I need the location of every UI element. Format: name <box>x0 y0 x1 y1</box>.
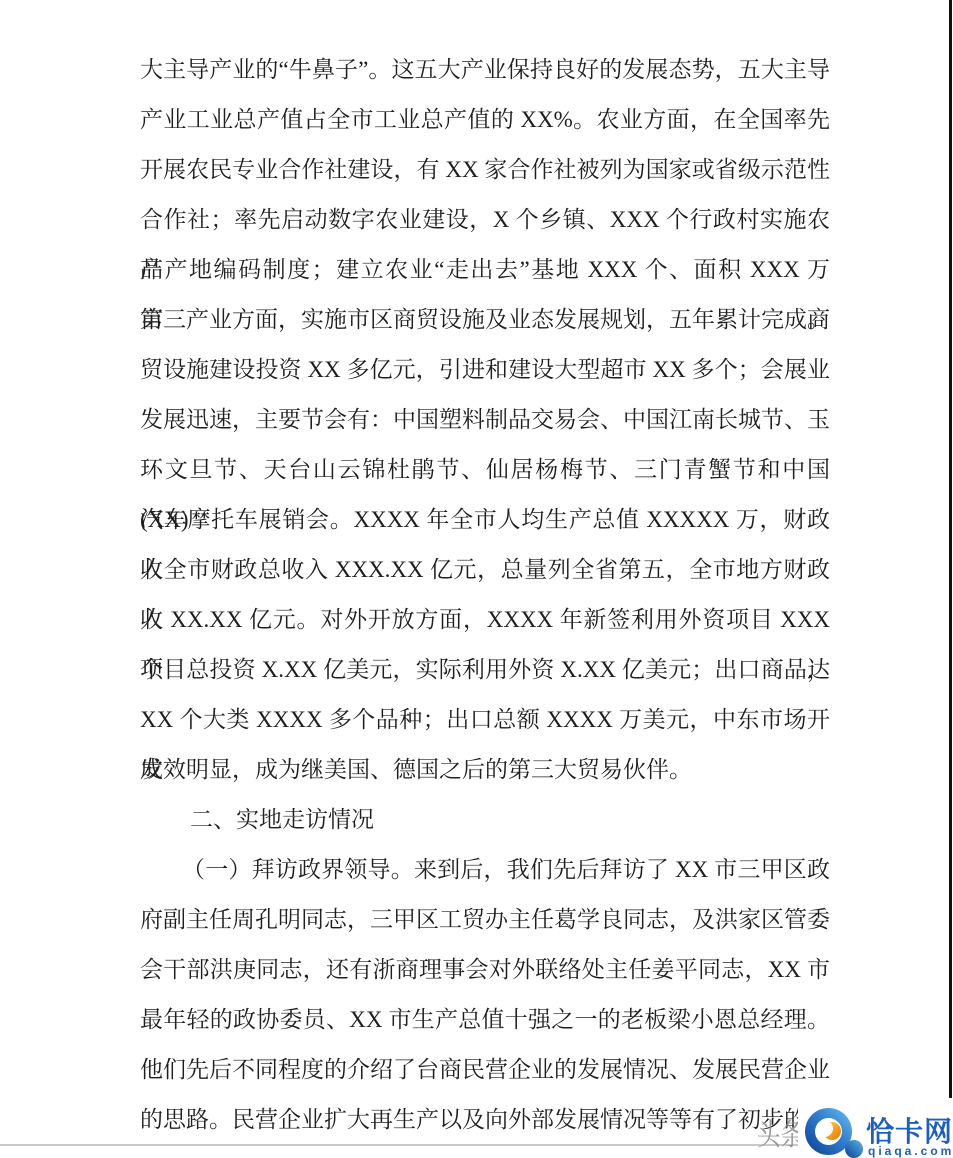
qiaqa-q-inner-circle <box>815 1118 842 1145</box>
document-line: 合作社；率先启动数字农业建设，X 个乡镇、XXX 个行政村实施农产 <box>140 195 830 245</box>
document-line: 第三产业方面，实施市区商贸设施及业态发展规划，五年累计完成商 <box>140 295 830 345</box>
document-line: 他们先后不同程度的介绍了台商民营企业的发展情况、发展民营企业 <box>140 1045 830 1095</box>
page-edge-line <box>949 0 952 1103</box>
document-line: 品产地编码制度；建立农业“走出去”基地 XXX 个、面积 XXX 万亩。 <box>140 245 830 295</box>
document-text-block: 大主导产业的“牛鼻子”。这五大产业保持良好的发展态势，五大主导产业工业总产值占全… <box>140 45 830 1145</box>
qiaqa-site-domain: qiaqa.com <box>868 1144 953 1158</box>
document-page: 大主导产业的“牛鼻子”。这五大产业保持良好的发展态势，五大主导产业工业总产值占全… <box>0 0 953 1158</box>
document-line: XX 个大类 XXXX 多个品种；出口总额 XXXX 万美元，中东市场开发 <box>140 695 830 745</box>
document-line: 开展农民专业合作社建设，有 XX 家合作社被列为国家或省级示范性 <box>140 145 830 195</box>
toutiao-watermark-text: 头条 <box>757 1110 804 1154</box>
document-line: （一）拜访政界领导。来到后，我们先后拜访了 XX 市三甲区政 <box>140 845 830 895</box>
qiaqa-watermark: 恰卡网 qiaqa.com <box>798 1098 953 1158</box>
document-line: 环文旦节、天台山云锦杜鹃节、仙居杨梅节、三门青蟹节和中国(XX) <box>140 445 830 495</box>
document-line: 入全市财政总收入 XXX.XX 亿元，总量列全省第五，全市地方财政收 <box>140 545 830 595</box>
document-line: 二、实地走访情况 <box>140 795 830 845</box>
qiaqa-q-tail-dot <box>845 1140 863 1158</box>
document-line: 产业工业总产值占全市工业总产值的 XX%。农业方面，在全国率先 <box>140 95 830 145</box>
document-line: 最年轻的政协委员、XX 市生产总值十强之一的老板梁小恩总经理。 <box>140 995 830 1045</box>
qiaqa-crescent-cover <box>816 1120 833 1137</box>
document-line: 成效明显，成为继美国、德国之后的第三大贸易伙伴。 <box>140 745 830 795</box>
document-line: 的思路。民营企业扩大再生产以及向外部发展情况等等有了初步的实 <box>140 1095 830 1145</box>
document-line: 府副主任周孔明同志，三甲区工贸办主任葛学良同志，及洪家区管委 <box>140 895 830 945</box>
document-line: 会干部洪庚同志，还有浙商理事会对外联络处主任姜平同志，XX 市 <box>140 945 830 995</box>
document-line: 贸设施建设投资 XX 多亿元，引进和建设大型超市 XX 多个；会展业 <box>140 345 830 395</box>
document-line: 入 XX.XX 亿元。对外开放方面，XXXX 年新签利用外资项目 XXX 个， <box>140 595 830 645</box>
document-line: 项目总投资 X.XX 亿美元，实际利用外资 X.XX 亿美元；出口商品达 <box>140 645 830 695</box>
document-line: 发展迅速，主要节会有：中国塑料制品交易会、中国江南长城节、玉 <box>140 395 830 445</box>
document-line: 大主导产业的“牛鼻子”。这五大产业保持良好的发展态势，五大主导 <box>140 45 830 95</box>
document-line: 汽车摩托车展销会。XXXX 年全市人均生产总值 XXXXX 万，财政收 <box>140 495 830 545</box>
